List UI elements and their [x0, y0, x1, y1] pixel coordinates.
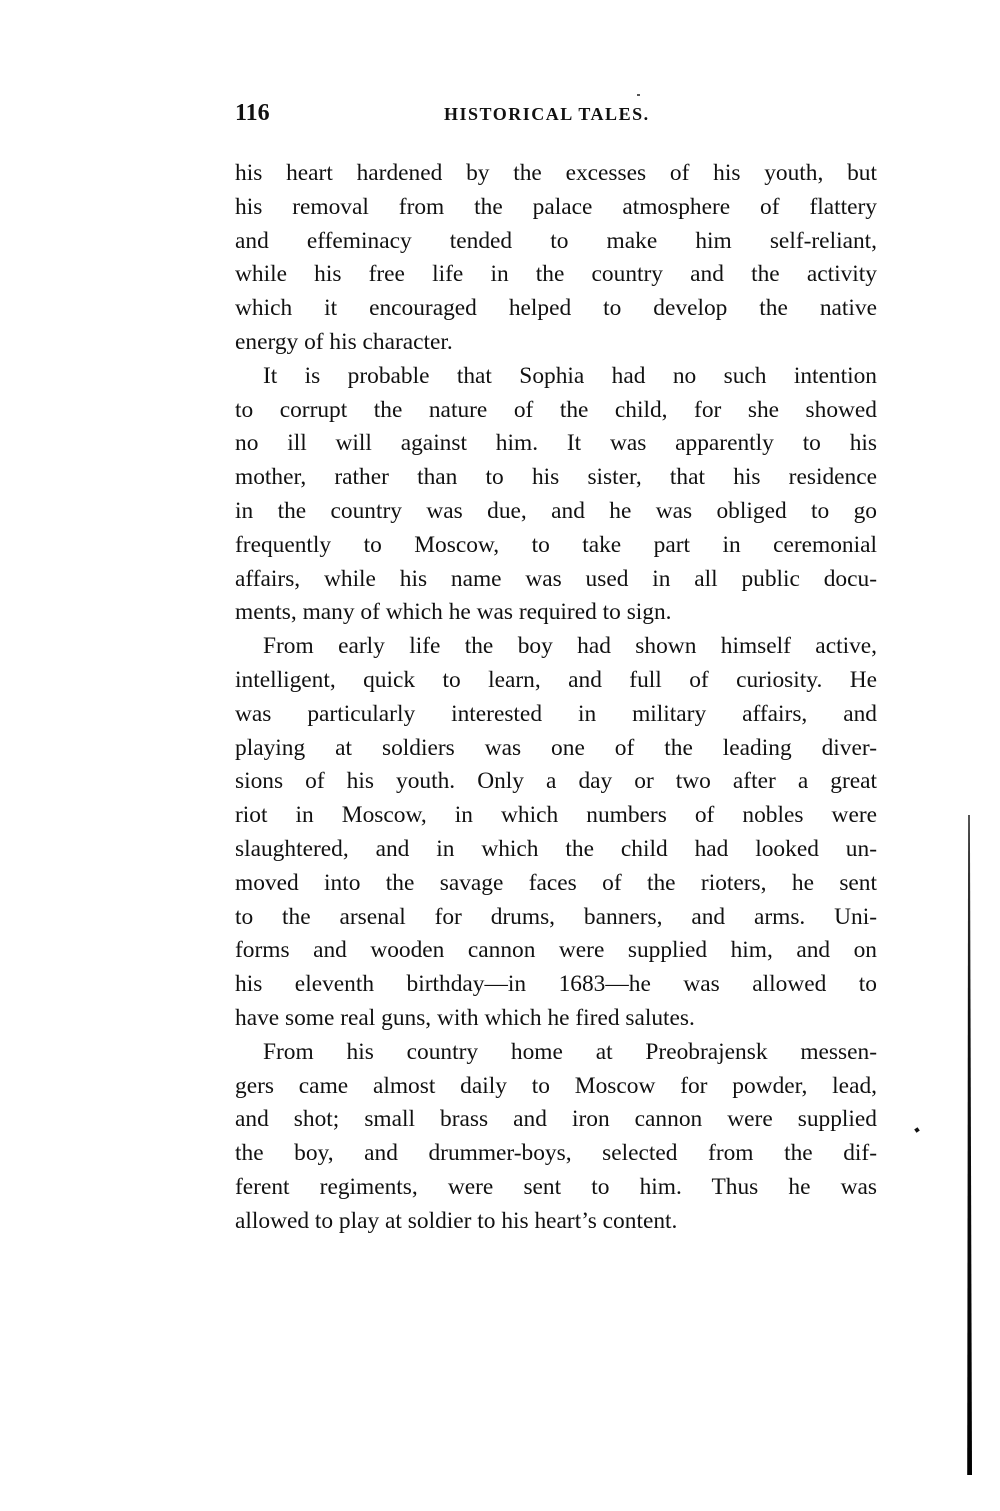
text-line: gers came almost daily to Moscow for pow…	[235, 1070, 877, 1104]
text-line: have some real guns, with which he fired…	[235, 1002, 877, 1036]
text-line: which it encouraged helped to develop th…	[235, 292, 877, 326]
page-number: 116	[235, 100, 270, 127]
body-text: his heart hardened by the excesses of hi…	[235, 157, 877, 1239]
text-line: the boy, and drummer-boys, selected from…	[235, 1137, 877, 1171]
text-line: to corrupt the nature of the child, for …	[235, 394, 877, 428]
text-line: riot in Moscow, in which numbers of nobl…	[235, 799, 877, 833]
text-line: in the country was due, and he was oblig…	[235, 495, 877, 529]
scan-speck	[637, 94, 640, 96]
text-line: slaughtered, and in which the child had …	[235, 833, 877, 867]
paragraph-1: his heart hardened by the excesses of hi…	[235, 157, 877, 360]
paragraph-3: From early life the boy had shown himsel…	[235, 630, 877, 1036]
text-line: frequently to Moscow, to take part in ce…	[235, 529, 877, 563]
text-line: ferent regiments, were sent to him. Thus…	[235, 1171, 877, 1205]
text-line: sions of his youth. Only a day or two af…	[235, 765, 877, 799]
text-line: From his country home at Preobrajensk me…	[235, 1036, 877, 1070]
text-line: playing at soldiers was one of the leadi…	[235, 732, 877, 766]
text-line: and shot; small brass and iron cannon we…	[235, 1103, 877, 1137]
text-line: It is probable that Sophia had no such i…	[235, 360, 877, 394]
text-line: mother, rather than to his sister, that …	[235, 461, 877, 495]
text-line: intelligent, quick to learn, and full of…	[235, 664, 877, 698]
running-head: 116 HISTORICAL TALES.	[235, 100, 877, 134]
text-line: affairs, while his name was used in all …	[235, 563, 877, 597]
text-line: was particularly interested in military …	[235, 698, 877, 732]
text-line: his eleventh birthday—in 1683—he was all…	[235, 968, 877, 1002]
ink-speck	[914, 1127, 920, 1133]
running-title: HISTORICAL TALES.	[444, 104, 650, 125]
text-line: and effeminacy tended to make him self-r…	[235, 225, 877, 259]
text-line: his removal from the palace atmosphere o…	[235, 191, 877, 225]
text-line: while his free life in the country and t…	[235, 258, 877, 292]
paragraph-2: It is probable that Sophia had no such i…	[235, 360, 877, 630]
text-line: his heart hardened by the excesses of hi…	[235, 157, 877, 191]
text-line: ments, many of which he was required to …	[235, 596, 877, 630]
text-line: allowed to play at soldier to his heart’…	[235, 1205, 877, 1239]
text-line: energy of his character.	[235, 326, 877, 360]
text-line: forms and wooden cannon were supplied hi…	[235, 934, 877, 968]
text-line: moved into the savage faces of the riote…	[235, 867, 877, 901]
text-line: to the arsenal for drums, banners, and a…	[235, 901, 877, 935]
page-edge-shadow	[966, 815, 972, 1475]
paragraph-4: From his country home at Preobrajensk me…	[235, 1036, 877, 1239]
text-line: no ill will against him. It was apparent…	[235, 427, 877, 461]
text-line: From early life the boy had shown himsel…	[235, 630, 877, 664]
